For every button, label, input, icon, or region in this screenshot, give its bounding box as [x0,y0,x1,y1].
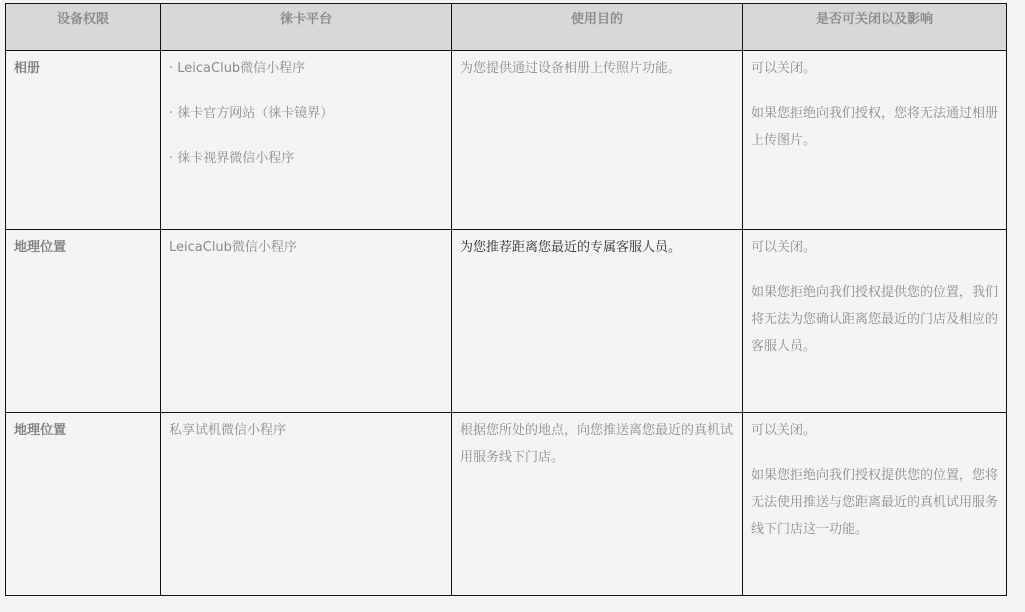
platform-item: · 徕卡视界微信小程序 [169,145,443,172]
impact-text: 如果您拒绝向我们授权，您将无法通过相册上传图片。 [751,100,998,154]
platform-item: 私享试机微信小程序 [169,417,443,444]
table-header-row: 设备权限 徕卡平台 使用目的 是否可关闭以及影响 [6,4,1007,51]
purpose-cell: 根据您所处的地点，向您推送离您最近的真机试用服务线下门店。 [452,413,743,596]
purpose-cell: 为您推荐距离您最近的专属客服人员。 [452,230,743,413]
permission-cell: 相册 [6,51,161,230]
impact-text: 如果您拒绝向我们授权提供您的位置，您将无法使用推送与您距离最近的真机试用服务线下… [751,462,998,543]
permission-label: 地理位置 [6,413,160,444]
permission-cell: 地理位置 [6,413,161,596]
impact-text: 如果您拒绝向我们授权提供您的位置，我们将无法为您确认距离您最近的门店及相应的客服… [751,279,998,360]
platform-item: · 徕卡官方网站（徕卡镜界） [169,100,443,127]
platform-cell: · LeicaClub微信小程序 · 徕卡官方网站（徕卡镜界） · 徕卡视界微信… [161,51,452,230]
purpose-cell: 为您提供通过设备相册上传照片功能。 [452,51,743,230]
permission-label: 地理位置 [6,230,160,261]
impact-cell: 可以关闭。 如果您拒绝向我们授权，您将无法通过相册上传图片。 [743,51,1007,230]
table-row: 相册 · LeicaClub微信小程序 · 徕卡官方网站（徕卡镜界） · 徕卡视… [6,51,1007,230]
platform-cell: 私享试机微信小程序 [161,413,452,596]
permission-cell: 地理位置 [6,230,161,413]
impact-cell: 可以关闭。 如果您拒绝向我们授权提供您的位置，您将无法使用推送与您距离最近的真机… [743,413,1007,596]
purpose-text: 为您提供通过设备相册上传照片功能。 [452,51,742,82]
closable-text: 可以关闭。 [751,55,998,82]
closable-text: 可以关闭。 [751,417,998,444]
permissions-table: 设备权限 徕卡平台 使用目的 是否可关闭以及影响 相册 · LeicaClub微… [5,3,1007,596]
platform-item: LeicaClub微信小程序 [169,234,443,261]
impact-cell: 可以关闭。 如果您拒绝向我们授权提供您的位置，我们将无法为您确认距离您最近的门店… [743,230,1007,413]
platform-item: · LeicaClub微信小程序 [169,55,443,82]
header-closable-impact: 是否可关闭以及影响 [743,4,1007,51]
table-row: 地理位置 LeicaClub微信小程序 为您推荐距离您最近的专属客服人员。 可以… [6,230,1007,413]
purpose-text: 根据您所处的地点，向您推送离您最近的真机试用服务线下门店。 [452,413,742,471]
header-platform: 徕卡平台 [161,4,452,51]
closable-text: 可以关闭。 [751,234,998,261]
permission-label: 相册 [6,51,160,82]
platform-cell: LeicaClub微信小程序 [161,230,452,413]
header-purpose: 使用目的 [452,4,743,51]
table-row: 地理位置 私享试机微信小程序 根据您所处的地点，向您推送离您最近的真机试用服务线… [6,413,1007,596]
header-permission: 设备权限 [6,4,161,51]
purpose-text: 为您推荐距离您最近的专属客服人员。 [452,230,742,261]
